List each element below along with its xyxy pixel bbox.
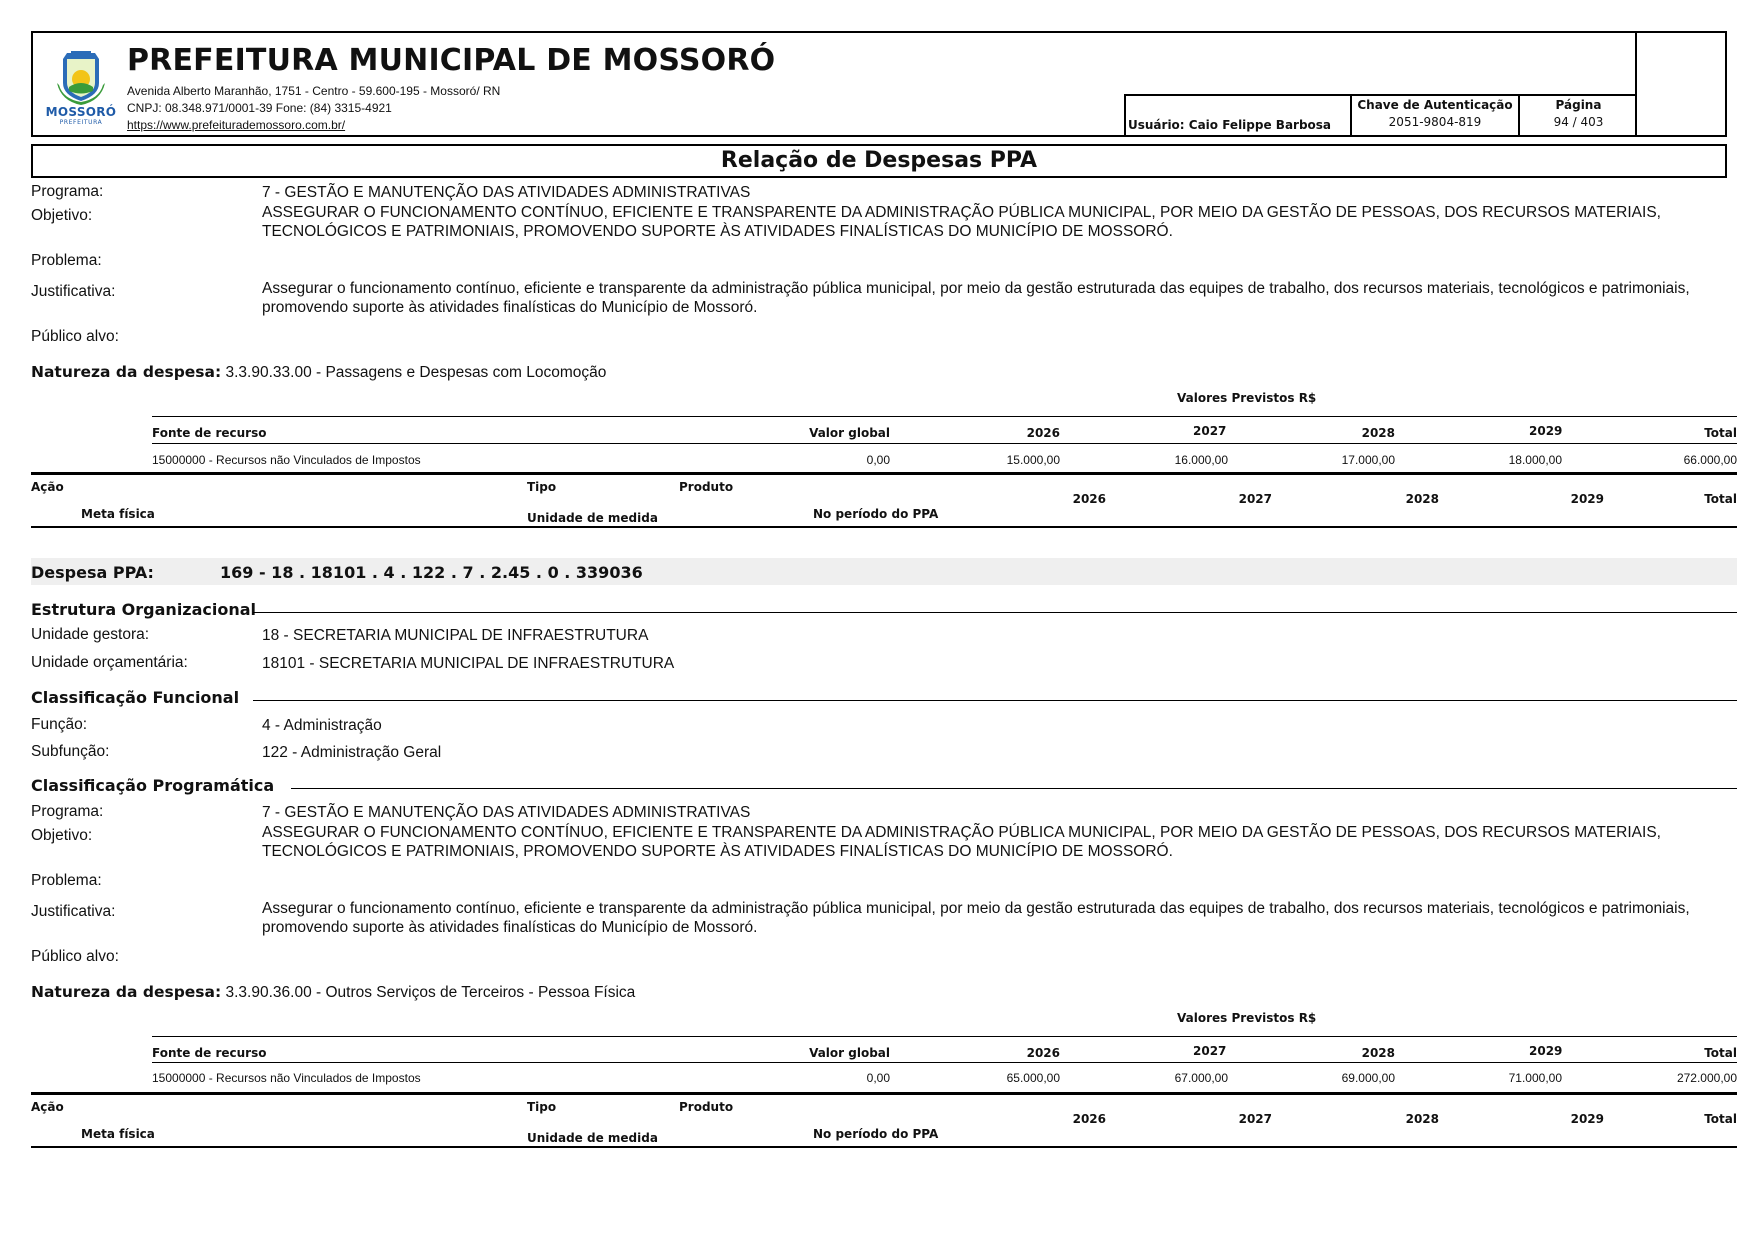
produto-header: Produto (679, 480, 733, 494)
section-rule (291, 788, 1737, 789)
section-rule (253, 612, 1737, 613)
despesa-ppa-code: 169 - 18 . 18101 . 4 . 122 . 7 . 2.45 . … (220, 563, 643, 582)
unidade-medida-header: Unidade de medida (527, 1131, 658, 1145)
natureza-label: Natureza da despesa: (31, 363, 221, 381)
despesa-ppa-label: Despesa PPA: (31, 563, 154, 582)
table-rule (152, 416, 1737, 417)
valor-global-value: 0,00 (790, 1071, 890, 1085)
user-name: Usuário: Caio Felippe Barbosa (1128, 118, 1331, 132)
user-cell: Usuário: Caio Felippe Barbosa (1126, 96, 1352, 137)
page-cell: Página 94 / 403 (1520, 96, 1637, 137)
acao-header: Ação (31, 1100, 64, 1114)
org-cnpj-phone: CNPJ: 08.348.971/0001-39 Fone: (84) 3315… (127, 101, 392, 115)
year-2027-header: 2027 (1193, 424, 1226, 438)
valores-previstos-header: Valores Previstos R$ (1177, 391, 1316, 405)
valor-global-header: Valor global (790, 1046, 890, 1060)
value-2026: 65.000,00 (960, 1071, 1060, 1085)
no-periodo-header: No período do PPA (813, 1127, 938, 1141)
meta-total-header: Total (1637, 1112, 1737, 1126)
value-2029: 18.000,00 (1462, 453, 1562, 467)
justificativa-label: Justificativa: (31, 903, 115, 921)
meta-fisica-header: Meta física (81, 1127, 155, 1141)
auth-key-cell: Chave de Autenticação 2051-9804-819 (1352, 96, 1520, 137)
subfuncao-label: Subfunção: (31, 743, 109, 761)
objetivo-label: Objetivo: (31, 207, 92, 225)
meta-2027-header: 2027 (1172, 1112, 1272, 1126)
unidade-medida-header: Unidade de medida (527, 511, 658, 525)
meta-2028-header: 2028 (1339, 1112, 1439, 1126)
natureza-value: 3.3.90.36.00 - Outros Serviços de Tercei… (226, 984, 636, 1001)
funcao-label: Função: (31, 716, 87, 734)
table-rule-thick (31, 526, 1737, 528)
unidade-gestora-value: 18 - SECRETARIA MUNICIPAL DE INFRAESTRUT… (262, 626, 648, 645)
subfuncao-value: 122 - Administração Geral (262, 743, 441, 762)
programa-label: Programa: (31, 183, 103, 201)
justificativa-value: Assegurar o funcionamento contínuo, efic… (262, 899, 1732, 937)
natureza-despesa: Natureza da despesa: 3.3.90.33.00 - Pass… (31, 363, 606, 382)
page-label: Página (1520, 98, 1637, 112)
fonte-header: Fonte de recurso (152, 426, 266, 440)
produto-header: Produto (679, 1100, 733, 1114)
year-2029-header: 2029 (1529, 424, 1562, 438)
org-name: PREFEITURA MUNICIPAL DE MOSSORÓ (127, 43, 775, 78)
unidade-gestora-label: Unidade gestora: (31, 626, 149, 644)
fonte-value: 15000000 - Recursos não Vinculados de Im… (152, 1071, 421, 1085)
section-rule (253, 700, 1737, 701)
report-title: Relação de Despesas PPA (31, 144, 1727, 178)
total-header: Total (1637, 426, 1737, 440)
no-periodo-header: No período do PPA (813, 507, 938, 521)
problema-label: Problema: (31, 252, 102, 270)
org-address: Avenida Alberto Maranhão, 1751 - Centro … (127, 84, 500, 98)
fonte-value: 15000000 - Recursos não Vinculados de Im… (152, 453, 421, 467)
fonte-header: Fonte de recurso (152, 1046, 266, 1060)
valor-global-value: 0,00 (790, 453, 890, 467)
table-rule-thick (31, 1092, 1737, 1095)
meta-box: Usuário: Caio Felippe Barbosa Chave de A… (1124, 94, 1637, 137)
logo-text: MOSSORÓ (39, 105, 123, 119)
meta-2029-header: 2029 (1504, 1112, 1604, 1126)
year-2029-header: 2029 (1529, 1044, 1562, 1058)
programa-value: 7 - GESTÃO E MANUTENÇÃO DAS ATIVIDADES A… (262, 803, 750, 822)
justificativa-value: Assegurar o funcionamento contínuo, efic… (262, 279, 1732, 317)
year-2026-header: 2026 (960, 1046, 1060, 1060)
classificacao-programatica-heading: Classificação Programática (31, 776, 274, 795)
value-2028: 69.000,00 (1295, 1071, 1395, 1085)
natureza-despesa: Natureza da despesa: 3.3.90.36.00 - Outr… (31, 983, 635, 1002)
meta-total-header: Total (1637, 492, 1737, 506)
year-2026-header: 2026 (960, 426, 1060, 440)
year-2028-header: 2028 (1295, 426, 1395, 440)
natureza-label: Natureza da despesa: (31, 983, 221, 1001)
meta-2026-header: 2026 (1006, 1112, 1106, 1126)
table-rule (152, 1036, 1737, 1037)
report-header: MOSSORÓ PREFEITURA PREFEITURA MUNICIPAL … (31, 31, 1727, 137)
unidade-orcamentaria-value: 18101 - SECRETARIA MUNICIPAL DE INFRAEST… (262, 654, 674, 673)
value-2027: 67.000,00 (1128, 1071, 1228, 1085)
tipo-header: Tipo (527, 1100, 556, 1114)
table-rule (152, 1062, 1737, 1063)
total-header: Total (1637, 1046, 1737, 1060)
value-2029: 71.000,00 (1462, 1071, 1562, 1085)
value-2028: 17.000,00 (1295, 453, 1395, 467)
problema-label: Problema: (31, 872, 102, 890)
unidade-orcamentaria-label: Unidade orçamentária: (31, 654, 188, 672)
org-website-link[interactable]: https://www.prefeiturademossoro.com.br/ (127, 118, 345, 132)
year-2027-header: 2027 (1193, 1044, 1226, 1058)
auth-key-value: 2051-9804-819 (1352, 115, 1518, 129)
objetivo-value: ASSEGURAR O FUNCIONAMENTO CONTÍNUO, EFIC… (262, 203, 1732, 241)
justificativa-label: Justificativa: (31, 283, 115, 301)
tipo-header: Tipo (527, 480, 556, 494)
valor-global-header: Valor global (790, 426, 890, 440)
value-2026: 15.000,00 (960, 453, 1060, 467)
funcao-value: 4 - Administração (262, 716, 382, 735)
natureza-value: 3.3.90.33.00 - Passagens e Despesas com … (226, 364, 607, 381)
objetivo-value: ASSEGURAR O FUNCIONAMENTO CONTÍNUO, EFIC… (262, 823, 1732, 861)
programa-value: 7 - GESTÃO E MANUTENÇÃO DAS ATIVIDADES A… (262, 183, 750, 202)
value-2027: 16.000,00 (1128, 453, 1228, 467)
page-number: 94 / 403 (1520, 115, 1637, 129)
table-rule-thick (31, 1146, 1737, 1148)
logo-subtext: PREFEITURA (39, 119, 123, 126)
table-rule-thick (31, 472, 1737, 475)
meta-2027-header: 2027 (1172, 492, 1272, 506)
classificacao-funcional-heading: Classificação Funcional (31, 688, 239, 707)
programa-label: Programa: (31, 803, 103, 821)
meta-fisica-header: Meta física (81, 507, 155, 521)
year-2028-header: 2028 (1295, 1046, 1395, 1060)
value-total: 272.000,00 (1637, 1071, 1737, 1085)
publico-alvo-label: Público alvo: (31, 328, 119, 346)
publico-alvo-label: Público alvo: (31, 948, 119, 966)
mossoro-logo: MOSSORÓ PREFEITURA (43, 49, 119, 129)
meta-2026-header: 2026 (1006, 492, 1106, 506)
meta-2029-header: 2029 (1504, 492, 1604, 506)
estrutura-heading: Estrutura Organizacional (31, 600, 256, 619)
objetivo-label: Objetivo: (31, 827, 92, 845)
auth-key-label: Chave de Autenticação (1352, 98, 1518, 112)
valores-previstos-header: Valores Previstos R$ (1177, 1011, 1316, 1025)
meta-2028-header: 2028 (1339, 492, 1439, 506)
value-total: 66.000,00 (1637, 453, 1737, 467)
table-rule (152, 443, 1737, 444)
acao-header: Ação (31, 480, 64, 494)
